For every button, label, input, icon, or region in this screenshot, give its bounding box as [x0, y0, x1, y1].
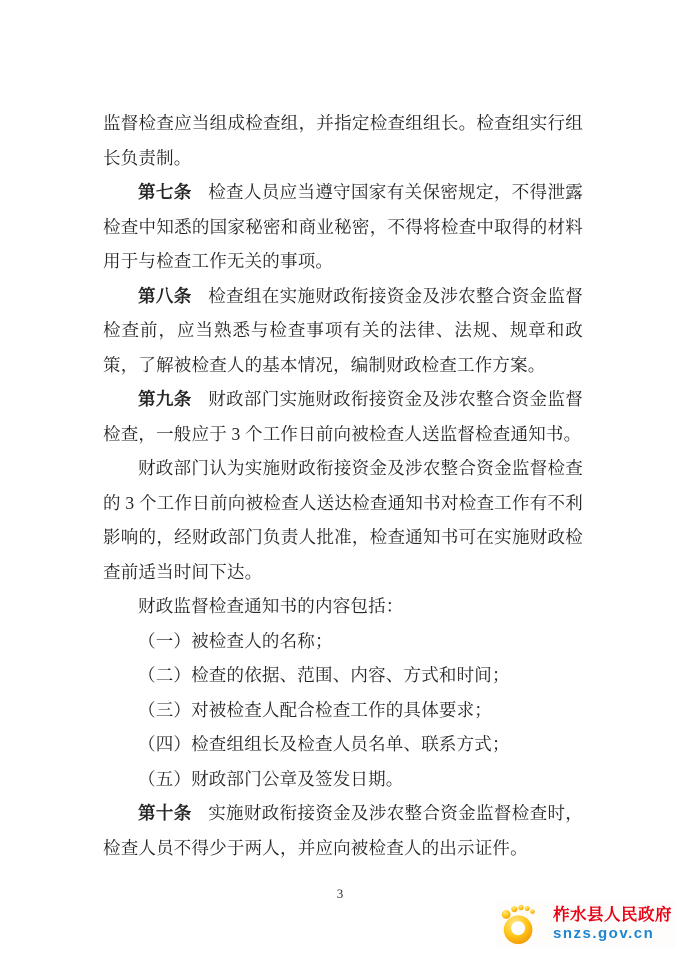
paragraph: （三）对被检查人配合检查工作的具体要求；	[103, 693, 583, 728]
article-number: 第十条	[138, 803, 192, 823]
paragraph: 第七条检查人员应当遵守国家有关保密规定，不得泄露检查中知悉的国家秘密和商业秘密，…	[103, 175, 583, 279]
paragraph: 财政部门认为实施财政衔接资金及涉农整合资金监督检查的 3 个工作日前向被检查人送…	[103, 451, 583, 589]
article-number: 第八条	[138, 286, 192, 306]
article-number: 第九条	[138, 389, 192, 409]
paragraph: 财政监督检查通知书的内容包括：	[103, 589, 583, 624]
paragraph: 第八条检查组在实施财政衔接资金及涉农整合资金监督检查前，应当熟悉与检查事项有关的…	[103, 279, 583, 383]
paragraph: （四）检查组组长及检查人员名单、联系方式；	[103, 727, 583, 762]
site-name: 柞水县人民政府	[553, 906, 672, 925]
document-body: 监督检查应当组成检查组，并指定检查组组长。检查组实行组长负责制。第七条检查人员应…	[103, 106, 583, 865]
paragraph: 监督检查应当组成检查组，并指定检查组组长。检查组实行组长负责制。	[103, 106, 583, 175]
document-page: 监督检查应当组成检查组，并指定检查组组长。检查组实行组长负责制。第七条检查人员应…	[0, 0, 680, 962]
site-badge: 柞水县人民政府 snzs.gov.cn	[496, 900, 676, 948]
site-domain: snzs.gov.cn	[553, 925, 672, 942]
site-badge-text: 柞水县人民政府 snzs.gov.cn	[553, 906, 672, 942]
paw-icon	[498, 902, 544, 946]
paragraph: 第九条财政部门实施财政衔接资金及涉农整合资金监督检查，一般应于 3 个工作日前向…	[103, 382, 583, 451]
paragraph: （五）财政部门公章及签发日期。	[103, 762, 583, 797]
paragraph: （二）检查的依据、范围、内容、方式和时间；	[103, 658, 583, 693]
article-number: 第七条	[138, 182, 192, 202]
paragraph: 第十条实施财政衔接资金及涉农整合资金监督检查时，检查人员不得少于两人，并应向被检…	[103, 796, 583, 865]
paragraph: （一）被检查人的名称；	[103, 624, 583, 659]
